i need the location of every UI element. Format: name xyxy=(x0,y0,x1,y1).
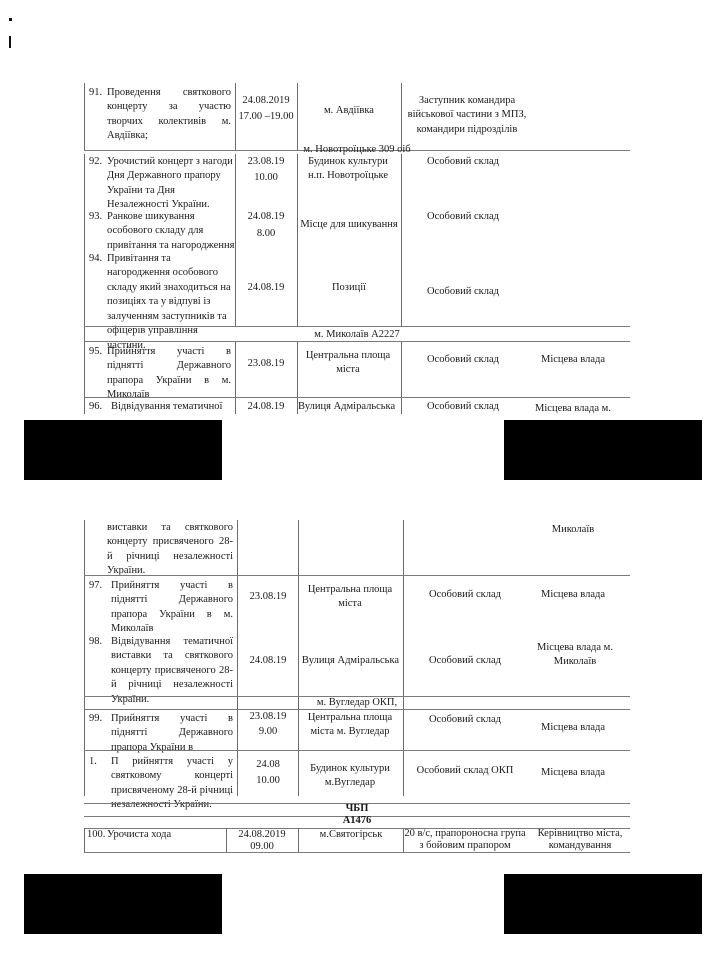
row-number: 98. xyxy=(89,635,102,649)
row-number: 99. xyxy=(89,712,102,726)
redacted-block xyxy=(24,874,222,934)
participants-cell: Особовий склад xyxy=(403,210,523,224)
date-cell: 23.08.19 xyxy=(239,590,297,604)
row-number: 1. xyxy=(89,755,97,769)
table-border xyxy=(235,342,236,414)
row-number: 92. xyxy=(89,155,102,169)
table-border xyxy=(235,154,236,326)
date-cell: 23.08.19 xyxy=(237,155,295,169)
time-cell: 8.00 xyxy=(237,227,295,241)
table-border xyxy=(84,83,85,150)
place-cell: Вулиця Адміральська xyxy=(298,400,400,414)
place-cell: Центральна площа міста xyxy=(303,349,393,378)
row-number: 94. xyxy=(89,252,102,266)
table-border xyxy=(237,520,238,796)
date-cell: 24.08.19 xyxy=(239,654,297,668)
time-cell: 9.00 xyxy=(239,725,297,739)
participants-cell: Особовий склад xyxy=(403,285,523,299)
table-border xyxy=(401,83,402,150)
table-border xyxy=(403,520,404,796)
table-border xyxy=(401,342,402,414)
participants-cell: Особовий склад xyxy=(403,400,523,414)
date-cell: 24.08 xyxy=(239,758,297,772)
event-cell: Проведення святкового концерту за участю… xyxy=(107,86,231,144)
table-border xyxy=(401,154,402,326)
place-cell: Центральна площа міста xyxy=(305,583,395,612)
event-cell: Прийняття участі в піднятті Державного п… xyxy=(111,712,233,755)
participants-cell: Особовий склад xyxy=(403,155,523,169)
place-cell: м.Святогірськ xyxy=(300,828,402,842)
participants-cell: Особовий склад ОКП xyxy=(405,764,525,778)
place-cell: Позиції xyxy=(299,281,399,295)
responsible-cell: Місцева влада xyxy=(520,588,626,602)
table-border xyxy=(297,83,298,150)
date-cell: 23.08.19 xyxy=(239,710,297,724)
table-border xyxy=(84,709,630,710)
table-border xyxy=(84,520,85,796)
redacted-block xyxy=(24,420,222,480)
event-cell: Відвідування тематичної xyxy=(111,400,231,414)
participants-cell: Особовий склад xyxy=(405,588,525,602)
redacted-block xyxy=(504,874,702,934)
place-cell: Місце для шикування xyxy=(299,218,399,232)
table-border xyxy=(84,326,630,327)
event-cell: Урочиста хода xyxy=(107,828,225,842)
event-cell: Прийняття участі в піднятті Державного п… xyxy=(111,579,233,637)
event-cell: Ранкове шикування особового складу для п… xyxy=(107,210,235,253)
table-border xyxy=(84,852,630,853)
date-cell: 24.08.19 xyxy=(237,400,295,414)
section-header: А1476 xyxy=(84,814,630,828)
responsible-cell: Миколаїв xyxy=(520,523,626,537)
responsible-cell: Місцева влада xyxy=(520,721,626,735)
table-border xyxy=(84,397,630,398)
place-cell: м. Авдіївка xyxy=(299,104,399,118)
responsible-cell: Місцева влада xyxy=(520,766,626,780)
row-number: 95. xyxy=(89,345,102,359)
time-cell: 10.00 xyxy=(239,774,297,788)
row-number: 91. xyxy=(89,86,102,100)
table-border xyxy=(226,828,227,852)
row-number: 97. xyxy=(89,579,102,593)
table-border xyxy=(297,154,298,326)
responsible-cell: Місцева влада м. Миколаїв xyxy=(522,641,628,670)
scan-mark-dot xyxy=(9,18,12,21)
participants-cell: Особовий склад xyxy=(405,654,525,668)
date-cell: 24.08.2019 xyxy=(237,94,295,108)
time-cell: 10.00 xyxy=(237,171,295,185)
table-border xyxy=(298,828,299,852)
place-cell: Вулиця Адміральська xyxy=(299,654,402,668)
responsible-cell: Місцева влада xyxy=(520,353,626,367)
table-border xyxy=(84,341,630,342)
responsible-cell: Місцева влада м. xyxy=(520,402,626,416)
table-border xyxy=(84,828,85,852)
table-border xyxy=(84,154,85,414)
date-cell: 24.08.19 xyxy=(237,281,295,295)
row-number: 93. xyxy=(89,210,102,224)
event-cell: Прийняття участі в піднятті Державного п… xyxy=(107,345,231,403)
time-cell: 17.00 –19.00 xyxy=(237,110,295,124)
table-border xyxy=(235,83,236,150)
place-cell: Будинок культури м.Вугледар xyxy=(305,762,395,791)
participants-cell: Заступник командира військової частини з… xyxy=(403,94,531,137)
scan-mark-bar xyxy=(9,36,11,48)
date-cell: 24.08.19 xyxy=(237,210,295,224)
row-number: 100. xyxy=(87,828,105,842)
table-border xyxy=(84,750,630,751)
place-cell: Будинок культури н.п. Новотроїцьке xyxy=(303,155,393,184)
participants-cell: Особовий склад xyxy=(403,353,523,367)
place-cell: Центральна площа міста м. Вугледар xyxy=(305,711,395,740)
redacted-block xyxy=(504,420,702,480)
row-number: 96. xyxy=(89,400,102,414)
event-cell: Урочистий концерт з нагоди Дня Державног… xyxy=(107,155,235,213)
event-cell: виставки та святкового концерту присвяче… xyxy=(107,521,233,579)
participants-cell: 20 в/с, прапороносна група з бойовим пра… xyxy=(403,828,527,852)
participants-cell: Особовий склад xyxy=(405,713,525,727)
responsible-cell: Керівництво міста, командування xyxy=(528,828,632,852)
table-border xyxy=(84,575,630,576)
date-cell: 23.08.19 xyxy=(237,357,295,371)
